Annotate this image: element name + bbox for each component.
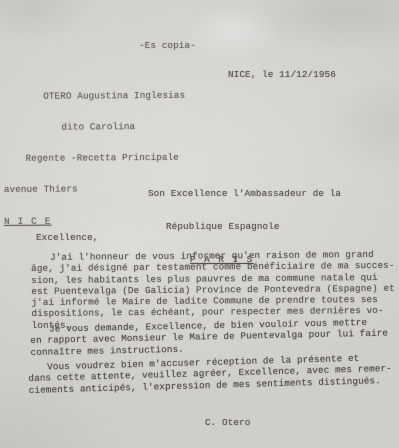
salutation: Excellence, bbox=[36, 232, 98, 243]
recipient-org: République Espagnole bbox=[148, 221, 341, 232]
sender-alias: dito Carolina bbox=[3, 122, 185, 134]
sender-role: Regente -Recetta Principale bbox=[4, 153, 186, 165]
paragraph-3: Vous voudrez bien m'accuser réception de… bbox=[28, 352, 392, 396]
paragraph-2: Je vous demande, Excellence, de bien vou… bbox=[30, 317, 388, 358]
signature: C. Otero bbox=[205, 417, 250, 428]
copy-note: -Es copia- bbox=[139, 40, 196, 51]
letter-page: -Es copia- NICE, le 11/12/1956 OTERO Aug… bbox=[0, 0, 399, 448]
dateline: NICE, le 11/12/1956 bbox=[228, 69, 336, 80]
recipient-title: Son Excellence l'Ambassadeur de la bbox=[148, 188, 341, 199]
sender-name: OTERO Augustina Inglesias bbox=[3, 91, 185, 103]
